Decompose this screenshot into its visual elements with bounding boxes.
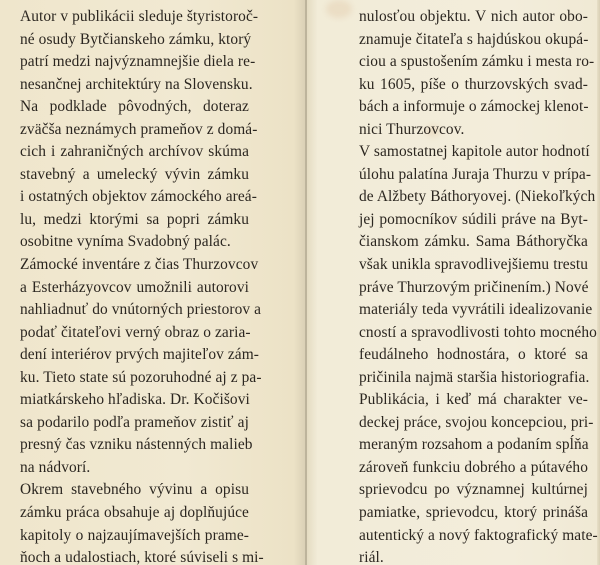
text-line: pričinila najmä staršia historiografia. (359, 367, 588, 390)
text-line: pamiatke, sprievodcu, ktorý prináša (359, 502, 588, 525)
text-line: V samostatnej kapitole autor hodnotí (359, 141, 588, 164)
paper-stain (326, 0, 352, 18)
text-line: sa podarilo podľa prameňov zistiť aj (20, 412, 249, 435)
text-line: však unikla spravodlivejšiemu trestu (359, 254, 588, 277)
text-line: presný čas vzniku nástenných malieb (20, 434, 249, 457)
text-line: dení interiérov prvých majiteľov zám- (20, 344, 249, 367)
text-line: nulosťou objektu. V nich autor obo- (359, 6, 588, 29)
text-line: materiály teda vyvrátili idealizovanie (359, 299, 588, 322)
text-line: nahliadnuť do vnútorných priestorov a (20, 299, 249, 322)
text-line: de Alžbety Báthoryovej. (Niekoľkých (359, 186, 588, 209)
text-line: znamuje čitateľa s hajdúskou okupá- (359, 29, 588, 52)
text-line: a Esterházyovcov umožnili autorovi (20, 277, 249, 300)
text-line: práve Thurzovým pričinením.) Nové (359, 277, 588, 300)
text-line: autentický a nový faktografický mate- (359, 525, 588, 548)
text-line: zväčša neznámych prameňov z domá- (20, 119, 249, 142)
text-line: nesančnej architektúry na Slovensku. (20, 74, 249, 97)
text-line: ku. Tieto state sú pozoruhodné aj z pa- (20, 367, 249, 390)
right-text-column: nulosťou objektu. V nich autor obo- znam… (359, 6, 588, 565)
text-line: kapitoly o najzaujímavejších prame- (20, 525, 249, 548)
text-line: meraným rozsahom a podaním spĺňa (359, 434, 588, 457)
text-line: Publikácia, i keď má charakter ve- (359, 389, 588, 412)
text-line: ňoch a udalostiach, ktoré súviseli s mi- (20, 547, 249, 565)
text-line: i ostatných objektov zámockého areá- (20, 186, 249, 209)
text-line: zámku práca obsahuje aj doplňujúce (20, 502, 249, 525)
text-line: miatkárskeho hľadiska. Dr. Kočišovi (20, 389, 249, 412)
page-fold-gutter (305, 0, 307, 565)
text-line: lu, medzi ktorými sa popri zámku (20, 209, 249, 232)
text-line: né osudy Bytčianskeho zámku, ktorý (20, 29, 249, 52)
text-line: bách a informuje o zámockej klenot- (359, 96, 588, 119)
text-line: čianskom zámku. Sama Báthoryčka (359, 231, 588, 254)
text-line: ciou a spustošením zámku i mesta ro- (359, 51, 588, 74)
text-line: jej pomocníkov súdili práve na Byt- (359, 209, 588, 232)
text-line: Na podklade pôvodných, doteraz (20, 96, 249, 119)
book-spread: Autor v publikácii sleduje štyristoroč- … (0, 0, 600, 565)
text-line: Zámocké inventáre z čias Thurzovcov (20, 254, 249, 277)
text-line: úlohu palatína Juraja Thurzu v prípa- (359, 164, 588, 187)
text-line: deckej práce, svojou koncepciou, pri- (359, 412, 588, 435)
text-line: stavebný a umelecký vývin zámku (20, 164, 249, 187)
left-text-column: Autor v publikácii sleduje štyristoroč- … (20, 6, 249, 565)
text-line: sprievodcu po významnej kultúrnej (359, 479, 588, 502)
text-line: patrí medzi najvýznamnejšie diela re- (20, 51, 249, 74)
text-line: ku 1605, píše o thurzovských svad- (359, 74, 588, 97)
paragraph-end-line: osobitne vyníma Svadobný palác. (20, 231, 249, 254)
text-line: zároveň funkciu dobrého a pútavého (359, 457, 588, 480)
text-line: Okrem stavebného vývinu a opisu (20, 479, 249, 502)
text-line: cich i zahraničných archívov skúma (20, 141, 249, 164)
text-line: podať čitateľovi verný obraz o zaria- (20, 322, 249, 345)
paragraph-end-line: nici Thurzovcov. (359, 119, 588, 142)
text-line: Autor v publikácii sleduje štyristoroč- (20, 6, 249, 29)
text-line: cností a spravodlivosti tohto mocného (359, 322, 588, 345)
paragraph-end-line: na nádvorí. (20, 457, 249, 480)
paragraph-end-line: riál. (359, 547, 588, 565)
text-line: feudálneho hodnostára, o ktoré sa (359, 344, 588, 367)
